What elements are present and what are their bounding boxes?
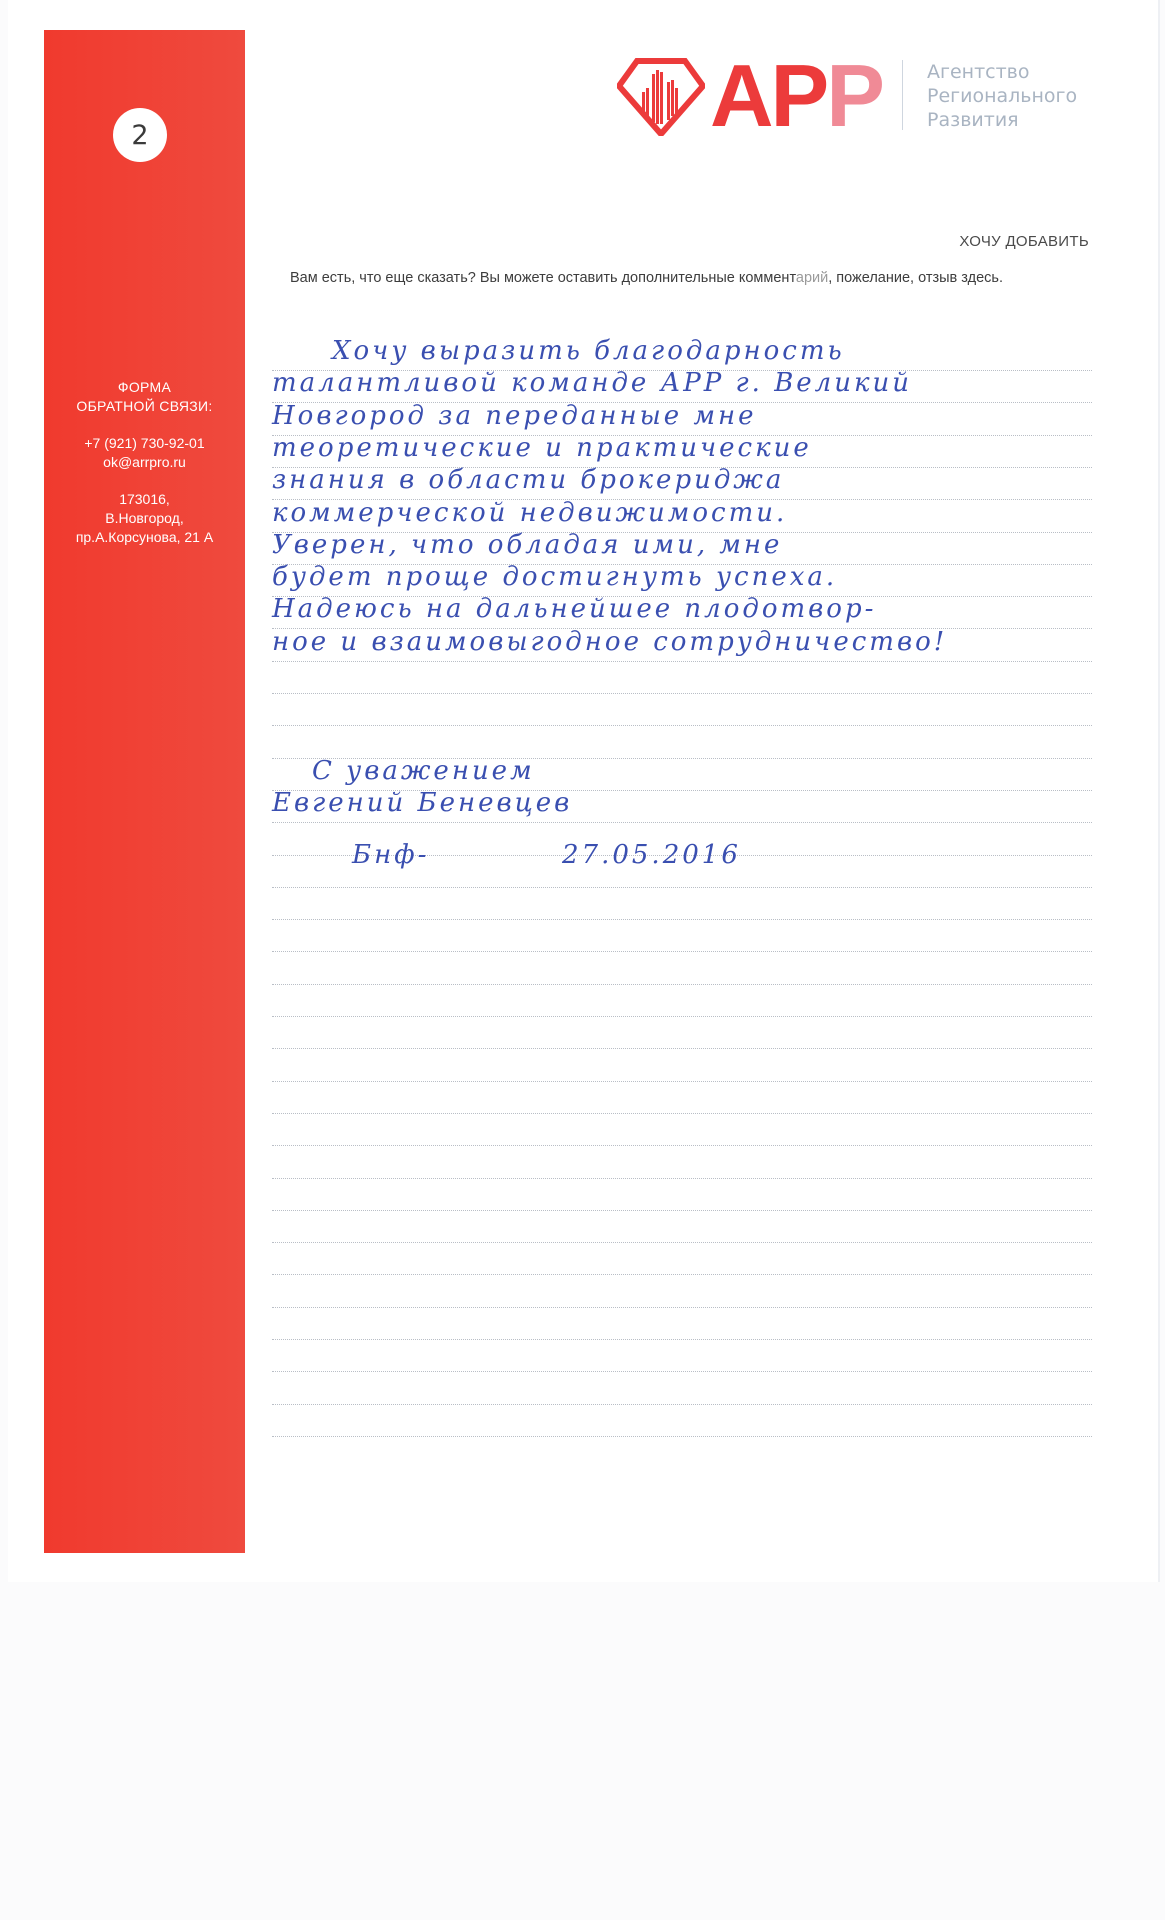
ruled-line <box>272 1113 1092 1114</box>
ruled-line <box>272 1210 1092 1211</box>
contact-heading-line2: ОБРАТНОЙ СВЯЗИ: <box>44 397 245 416</box>
red-sidebar <box>44 30 245 1553</box>
ruled-line <box>272 887 1092 888</box>
ruled-line <box>272 1339 1092 1340</box>
handwritten-closing: С уважением <box>312 756 535 786</box>
contact-email: ok@arrpro.ru <box>44 453 245 472</box>
page-number: 2 <box>131 120 148 151</box>
ruled-line <box>272 1307 1092 1308</box>
company-logo: АРР Агентство Регионального Развития <box>617 52 1137 142</box>
ruled-line <box>272 822 1092 823</box>
handwritten-line: знания в области брокериджа <box>272 465 784 495</box>
handwritten-line: Уверен, что обладая ими, мне <box>272 530 782 560</box>
ruled-line <box>272 1274 1092 1275</box>
ruled-line <box>272 1371 1092 1372</box>
contact-block: ФОРМА ОБРАТНОЙ СВЯЗИ: +7 (921) 730-92-01… <box>44 378 245 547</box>
ruled-line <box>272 661 1092 662</box>
ruled-line <box>272 725 1092 726</box>
handwritten-signature: Бнф- <box>352 840 429 870</box>
ruled-line <box>272 1436 1092 1437</box>
handwritten-line: Новгород за переданные мне <box>272 401 757 431</box>
section-title: ХОЧУ ДОБАВИТЬ <box>959 233 1089 250</box>
handwritten-line: талантливой команде АРР г. Великий <box>272 368 912 398</box>
address-postal-code: 173016, <box>44 490 245 509</box>
logo-divider <box>902 60 903 130</box>
page-number-badge: 2 <box>113 108 167 162</box>
diamond-buildings-icon <box>617 58 705 136</box>
ruled-line <box>272 1016 1092 1017</box>
handwritten-line: Хочу выразить благодарность <box>332 336 845 366</box>
contact-phone: +7 (921) 730-92-01 <box>44 434 245 453</box>
address-street: пр.А.Корсунова, 21 А <box>44 528 245 547</box>
ruled-line <box>272 951 1092 952</box>
logo-abbreviation: АРР <box>710 46 882 146</box>
handwritten-line: будет проще достигнуть успеха. <box>272 562 837 592</box>
ruled-line <box>272 984 1092 985</box>
form-prompt: Вам есть, что еще сказать? Вы можете ост… <box>290 270 1003 286</box>
handwritten-date: 27.05.2016 <box>562 840 741 870</box>
handwritten-line: Надеюсь на дальнейшее плодотвор- <box>272 594 876 624</box>
ruled-line <box>272 919 1092 920</box>
address-city: В.Новгород, <box>44 509 245 528</box>
handwritten-signer-name: Евгений Беневцев <box>272 788 572 818</box>
ruled-line <box>272 1048 1092 1049</box>
ruled-line <box>272 1404 1092 1405</box>
contact-heading-line1: ФОРМА <box>44 378 245 397</box>
ruled-line <box>272 1178 1092 1179</box>
ruled-line <box>272 1242 1092 1243</box>
ruled-line <box>272 1145 1092 1146</box>
handwritten-line: ное и взаимовыгодное сотрудничество! <box>272 627 947 657</box>
ruled-line <box>272 1081 1092 1082</box>
logo-full-name: Агентство Регионального Развития <box>927 60 1077 132</box>
handwritten-line: теоретические и практические <box>272 433 812 463</box>
ruled-line <box>272 693 1092 694</box>
handwritten-line: коммерческой недвижимости. <box>272 498 787 528</box>
